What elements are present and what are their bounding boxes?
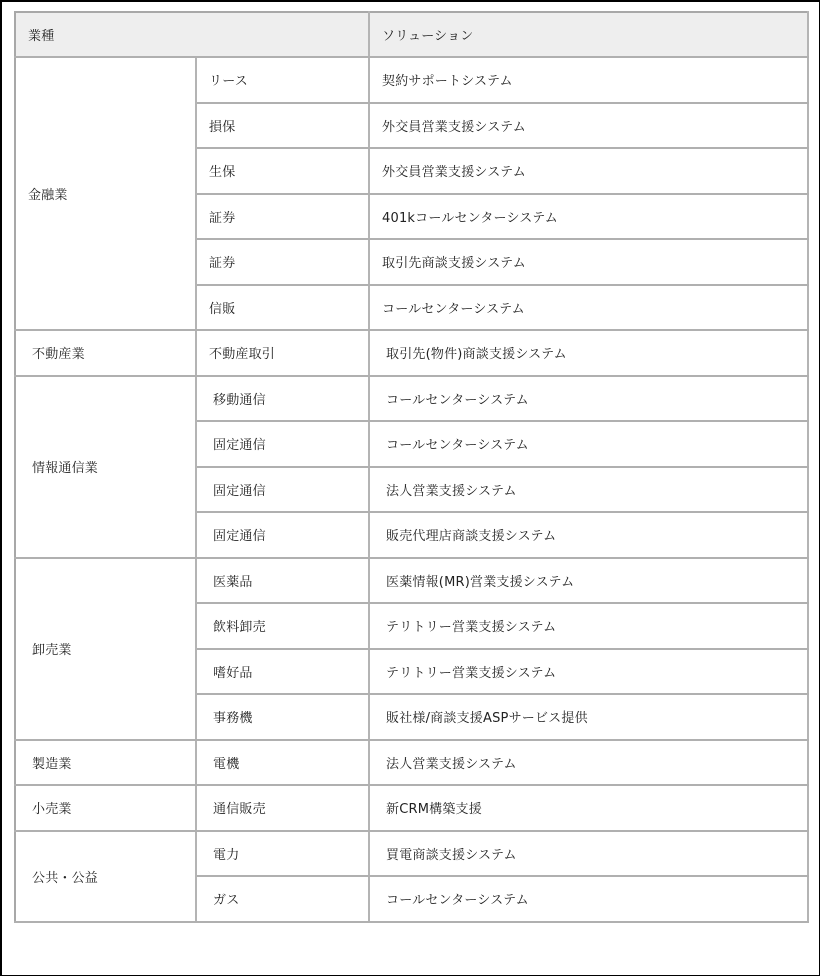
sub-industry-label: 医薬品 bbox=[209, 571, 253, 590]
table-row: 不動産業不動産取引取引先(物件)商談支援システム bbox=[15, 330, 808, 376]
industry-cell: 公共・公益 bbox=[15, 831, 196, 922]
solution-cell: コールセンターシステム bbox=[369, 376, 808, 422]
table-header-row: 業種 ソリューション bbox=[15, 12, 808, 57]
sub-industry-cell: 電機 bbox=[196, 740, 369, 786]
industry-cell: 卸売業 bbox=[15, 558, 196, 740]
solution-label: コールセンターシステム bbox=[382, 302, 525, 317]
solution-label: 法人営業支援システム bbox=[382, 480, 517, 499]
solution-label: テリトリー営業支援システム bbox=[382, 662, 556, 681]
solution-label: 買電商談支援システム bbox=[382, 844, 517, 863]
solution-label: 外交員営業支援システム bbox=[382, 165, 526, 180]
sub-industry-cell: 信販 bbox=[196, 285, 369, 331]
industry-cell: 金融業 bbox=[15, 57, 196, 330]
sub-industry-cell: 通信販売 bbox=[196, 785, 369, 831]
solution-cell: コールセンターシステム bbox=[369, 285, 808, 331]
sub-industry-label: 不動産取引 bbox=[209, 347, 275, 362]
solution-label: 法人営業支援システム bbox=[382, 753, 517, 772]
sub-industry-cell: 飲料卸売 bbox=[196, 603, 369, 649]
sub-industry-label: 通信販売 bbox=[209, 798, 266, 817]
sub-industry-label: リース bbox=[209, 74, 248, 89]
table-row: 公共・公益電力買電商談支援システム bbox=[15, 831, 808, 877]
sub-industry-cell: リース bbox=[196, 57, 369, 103]
sub-industry-cell: 証券 bbox=[196, 194, 369, 240]
solution-cell: 法人営業支援システム bbox=[369, 740, 808, 786]
solution-cell: コールセンターシステム bbox=[369, 876, 808, 922]
table-row: 小売業通信販売新CRM構築支援 bbox=[15, 785, 808, 831]
sub-industry-cell: 固定通信 bbox=[196, 421, 369, 467]
sub-industry-label: ガス bbox=[209, 889, 239, 908]
industry-cell: 小売業 bbox=[15, 785, 196, 831]
sub-industry-label: 信販 bbox=[209, 302, 235, 317]
solution-label: 新CRM構築支援 bbox=[382, 798, 482, 817]
sub-industry-cell: 証券 bbox=[196, 239, 369, 285]
table-row: 金融業リース契約サポートシステム bbox=[15, 57, 808, 103]
solution-label: 販売代理店商談支援システム bbox=[382, 525, 556, 544]
header-solution: ソリューション bbox=[369, 12, 808, 57]
solution-cell: 外交員営業支援システム bbox=[369, 103, 808, 149]
sub-industry-label: 生保 bbox=[209, 165, 235, 180]
sub-industry-label: 移動通信 bbox=[209, 389, 266, 408]
solution-cell: 外交員営業支援システム bbox=[369, 148, 808, 194]
solution-cell: 買電商談支援システム bbox=[369, 831, 808, 877]
solution-cell: テリトリー営業支援システム bbox=[369, 649, 808, 695]
solution-cell: テリトリー営業支援システム bbox=[369, 603, 808, 649]
sub-industry-cell: 生保 bbox=[196, 148, 369, 194]
solution-label: テリトリー営業支援システム bbox=[382, 616, 556, 635]
solution-cell: 販売代理店商談支援システム bbox=[369, 512, 808, 558]
sub-industry-label: 電機 bbox=[209, 753, 239, 772]
solution-cell: コールセンターシステム bbox=[369, 421, 808, 467]
industry-cell: 製造業 bbox=[15, 740, 196, 786]
table-row: 情報通信業移動通信コールセンターシステム bbox=[15, 376, 808, 422]
solution-cell: 新CRM構築支援 bbox=[369, 785, 808, 831]
solution-label: 外交員営業支援システム bbox=[382, 120, 526, 135]
sub-industry-label: 固定通信 bbox=[209, 434, 266, 453]
header-industry: 業種 bbox=[15, 12, 369, 57]
solution-cell: 401kコールセンターシステム bbox=[369, 194, 808, 240]
solution-label: 販社様/商談支援ASPサービス提供 bbox=[382, 707, 588, 726]
solution-label: 取引先(物件)商談支援システム bbox=[382, 343, 567, 362]
sub-industry-cell: ガス bbox=[196, 876, 369, 922]
solution-cell: 取引先商談支援システム bbox=[369, 239, 808, 285]
sub-industry-label: 電力 bbox=[209, 844, 239, 863]
industry-label: 不動産業 bbox=[28, 343, 85, 362]
table-row: 製造業電機法人営業支援システム bbox=[15, 740, 808, 786]
solution-cell: 契約サポートシステム bbox=[369, 57, 808, 103]
industry-label: 公共・公益 bbox=[28, 867, 98, 886]
industry-label: 小売業 bbox=[28, 798, 72, 817]
solution-label: コールセンターシステム bbox=[382, 434, 529, 453]
sub-industry-label: 証券 bbox=[209, 256, 235, 271]
table-body: 金融業リース契約サポートシステム損保外交員営業支援システム生保外交員営業支援シス… bbox=[15, 57, 808, 922]
solution-cell: 取引先(物件)商談支援システム bbox=[369, 330, 808, 376]
sub-industry-label: 飲料卸売 bbox=[209, 616, 266, 635]
solution-label: コールセンターシステム bbox=[382, 389, 529, 408]
sub-industry-cell: 医薬品 bbox=[196, 558, 369, 604]
solution-cell: 販社様/商談支援ASPサービス提供 bbox=[369, 694, 808, 740]
industry-label: 金融業 bbox=[28, 188, 68, 203]
sub-industry-label: 嗜好品 bbox=[209, 662, 253, 681]
solution-label: 取引先商談支援システム bbox=[382, 256, 526, 271]
table-row: 卸売業医薬品医薬情報(MR)営業支援システム bbox=[15, 558, 808, 604]
sub-industry-cell: 移動通信 bbox=[196, 376, 369, 422]
solution-label: コールセンターシステム bbox=[382, 889, 529, 908]
solution-cell: 法人営業支援システム bbox=[369, 467, 808, 513]
solution-label: 医薬情報(MR)営業支援システム bbox=[382, 571, 574, 590]
sub-industry-cell: 固定通信 bbox=[196, 467, 369, 513]
industry-label: 情報通信業 bbox=[28, 457, 98, 476]
sub-industry-label: 損保 bbox=[209, 120, 235, 135]
sub-industry-cell: 嗜好品 bbox=[196, 649, 369, 695]
page-frame: 業種 ソリューション 金融業リース契約サポートシステム損保外交員営業支援システム… bbox=[0, 0, 820, 976]
solution-label: 契約サポートシステム bbox=[382, 74, 513, 89]
solution-cell: 医薬情報(MR)営業支援システム bbox=[369, 558, 808, 604]
industry-cell: 不動産業 bbox=[15, 330, 196, 376]
sub-industry-cell: 不動産取引 bbox=[196, 330, 369, 376]
sub-industry-label: 固定通信 bbox=[209, 480, 266, 499]
solution-label: 401kコールセンターシステム bbox=[382, 211, 558, 226]
sub-industry-label: 固定通信 bbox=[209, 525, 266, 544]
sub-industry-cell: 損保 bbox=[196, 103, 369, 149]
industry-label: 製造業 bbox=[28, 753, 72, 772]
sub-industry-cell: 電力 bbox=[196, 831, 369, 877]
sub-industry-cell: 事務機 bbox=[196, 694, 369, 740]
industry-solution-table: 業種 ソリューション 金融業リース契約サポートシステム損保外交員営業支援システム… bbox=[14, 11, 809, 923]
sub-industry-cell: 固定通信 bbox=[196, 512, 369, 558]
sub-industry-label: 証券 bbox=[209, 211, 235, 226]
sub-industry-label: 事務機 bbox=[209, 707, 253, 726]
industry-cell: 情報通信業 bbox=[15, 376, 196, 558]
industry-label: 卸売業 bbox=[28, 639, 72, 658]
